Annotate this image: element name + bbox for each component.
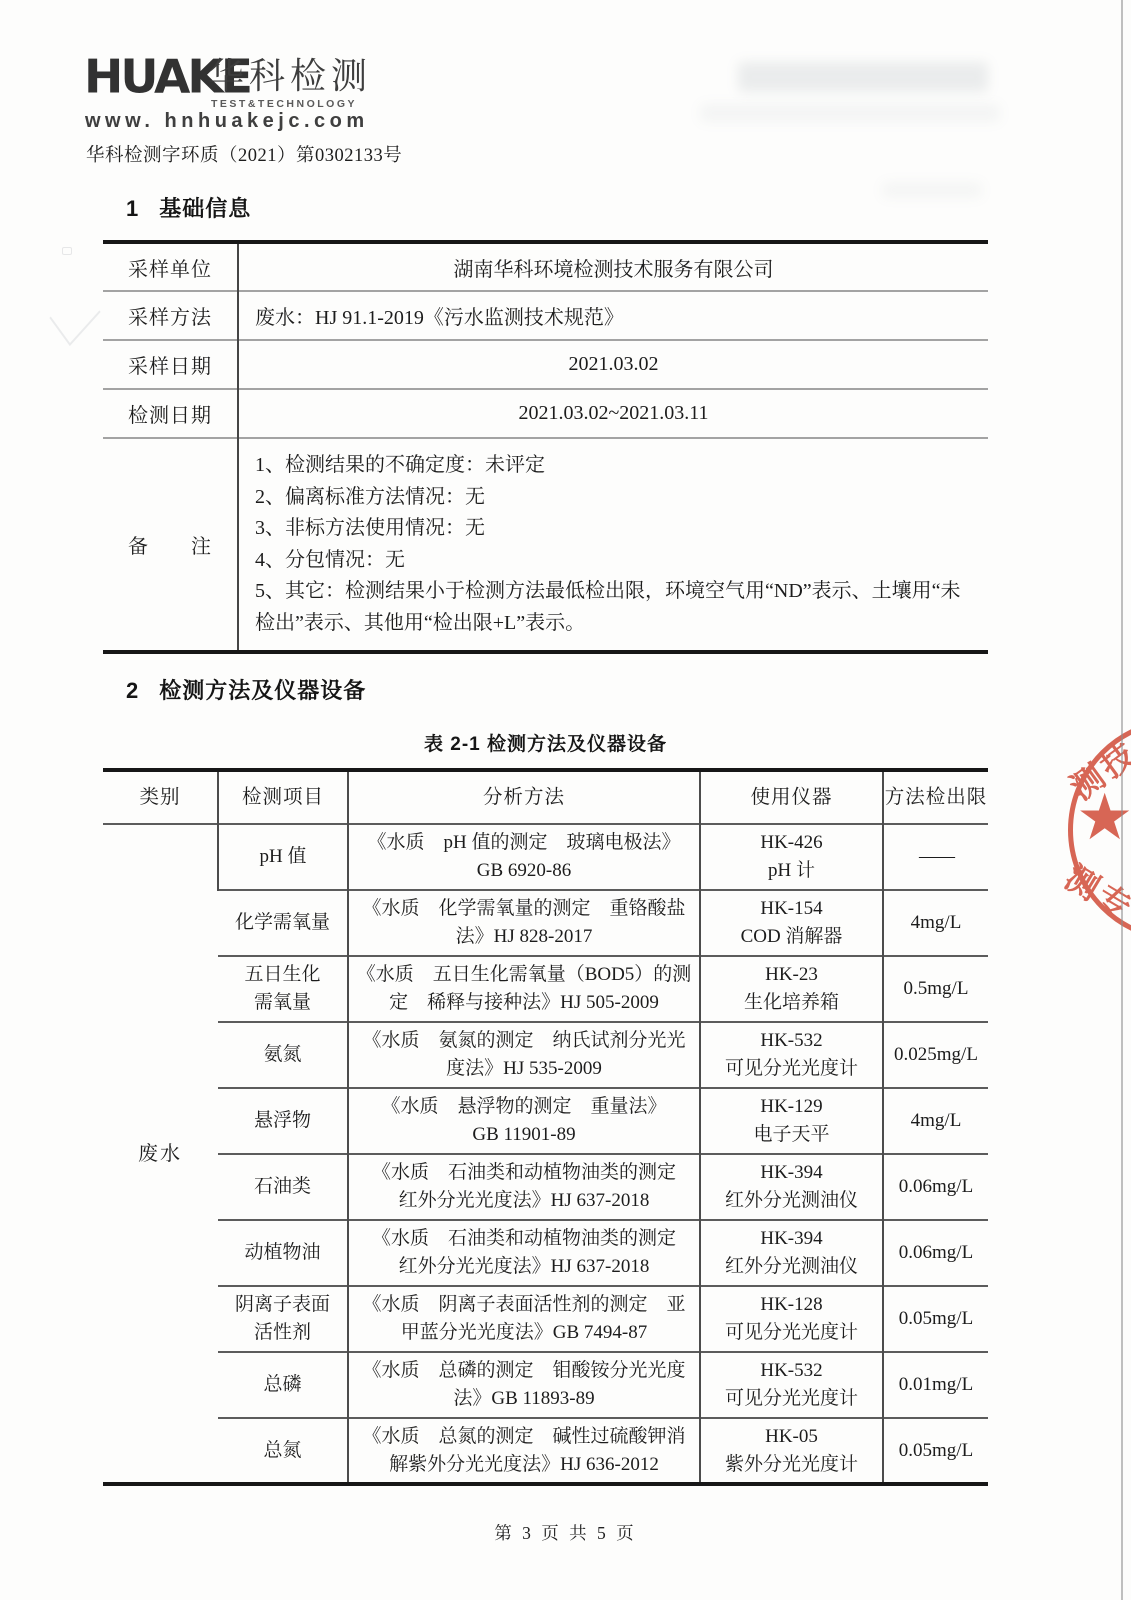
item-cell: 氨氮 (218, 1022, 348, 1088)
column-header: 类别 (103, 770, 218, 824)
table-row: 化学需氧量 《水质 化学需氧量的测定 重铬酸盐 法》HJ 828-2017 HK… (103, 890, 988, 956)
table-row: 采样方法 废水：HJ 91.1-2019《污水监测技术规范》 (103, 291, 988, 340)
limit-cell: 0.06mg/L (883, 1154, 988, 1220)
method-cell: 《水质 pH 值的测定 玻璃电极法》 GB 6920-86 (348, 824, 700, 890)
category-cell: 废水 (103, 824, 218, 1484)
row-label: 检测日期 (103, 389, 238, 438)
methods-table: 类别 检测项目 分析方法 使用仪器 方法检出限 废水 pH 值 《水质 pH 值… (103, 768, 988, 1486)
instrument-cell: HK-154 COD 消解器 (700, 890, 883, 956)
table-row: 氨氮 《水质 氨氮的测定 纳氏试剂分光光 度法》HJ 535-2009 HK-5… (103, 1022, 988, 1088)
table-row: 石油类 《水质 石油类和动植物油类的测定 红外分光光度法》HJ 637-2018… (103, 1154, 988, 1220)
instrument-cell: HK-532 可见分光光度计 (700, 1352, 883, 1418)
section2-number: 2 (126, 678, 138, 703)
table-row: 废水 pH 值 《水质 pH 值的测定 玻璃电极法》 GB 6920-86 HK… (103, 824, 988, 890)
method-cell: 《水质 悬浮物的测定 重量法》 GB 11901-89 (348, 1088, 700, 1154)
remarks-content: 1、检测结果的不确定度：未评定 2、偏离标准方法情况：无 3、非标方法使用情况：… (238, 438, 988, 652)
header-row: 类别 检测项目 分析方法 使用仪器 方法检出限 (103, 770, 988, 824)
item-cell: 五日生化 需氧量 (218, 956, 348, 1022)
row-value: 2021.03.02~2021.03.11 (238, 389, 988, 438)
remark-item: 3、非标方法使用情况：无 (255, 513, 974, 545)
remark-item: 1、检测结果的不确定度：未评定 (255, 450, 974, 482)
method-cell: 《水质 总氮的测定 碱性过硫酸钾消 解紫外分光光度法》HJ 636-2012 (348, 1418, 700, 1484)
limit-cell: —— (883, 824, 988, 890)
instrument-cell: HK-05 紫外分光光度计 (700, 1418, 883, 1484)
column-header: 方法检出限 (883, 770, 988, 824)
remark-item: 5、其它：检测结果小于检测方法最低检出限，环境空气用“ND”表示、土壤用“未检出… (255, 576, 974, 639)
instrument-cell: HK-394 红外分光测油仪 (700, 1154, 883, 1220)
company-website: www. hnhuakejc.com (85, 110, 369, 133)
item-cell: 总磷 (218, 1352, 348, 1418)
method-cell: 《水质 化学需氧量的测定 重铬酸盐 法》HJ 828-2017 (348, 890, 700, 956)
section2-heading: 2检测方法及仪器设备 (126, 674, 366, 705)
table-row: 五日生化 需氧量 《水质 五日生化需氧量（BOD5）的测 定 稀释与接种法》HJ… (103, 956, 988, 1022)
bleed-through-artifact (738, 62, 988, 92)
section1-number: 1 (126, 196, 138, 221)
item-cell: 动植物油 (218, 1220, 348, 1286)
logo-tagline: TEST&TECHNOLOGY (211, 98, 357, 110)
section1-heading: 1基础信息 (126, 192, 251, 223)
smudge-artifact (62, 247, 72, 255)
limit-cell: 0.01mg/L (883, 1352, 988, 1418)
report-page: HUAKE 华科检测 TEST&TECHNOLOGY www. hnhuakej… (0, 0, 1131, 1600)
table-row: 检测日期 2021.03.02~2021.03.11 (103, 389, 988, 438)
pen-mark-artifact (49, 284, 100, 346)
limit-cell: 4mg/L (883, 890, 988, 956)
item-cell: 悬浮物 (218, 1088, 348, 1154)
table-row: 动植物油 《水质 石油类和动植物油类的测定 红外分光光度法》HJ 637-201… (103, 1220, 988, 1286)
bleed-through-artifact (700, 104, 1000, 122)
instrument-cell: HK-23 生化培养箱 (700, 956, 883, 1022)
section2-title: 检测方法及仪器设备 (159, 678, 366, 703)
basic-info-table: 采样单位 湖南华科环境检测技术服务有限公司 采样方法 废水：HJ 91.1-20… (103, 240, 988, 654)
row-value: 2021.03.02 (238, 340, 988, 389)
remark-item: 2、偏离标准方法情况：无 (255, 482, 974, 514)
row-label: 采样日期 (103, 340, 238, 389)
item-cell: 石油类 (218, 1154, 348, 1220)
row-value: 废水：HJ 91.1-2019《污水监测技术规范》 (238, 291, 988, 340)
logo-chinese-name: 华科检测 (208, 56, 372, 96)
scan-edge-line (1121, 0, 1123, 1600)
limit-cell: 4mg/L (883, 1088, 988, 1154)
remarks-row: 备 注 1、检测结果的不确定度：未评定 2、偏离标准方法情况：无 3、非标方法使… (103, 438, 988, 652)
item-cell: 化学需氧量 (218, 890, 348, 956)
method-cell: 《水质 总磷的测定 钼酸铵分光光度 法》GB 11893-89 (348, 1352, 700, 1418)
table-row: 采样日期 2021.03.02 (103, 340, 988, 389)
page-number: 第 3 页 共 5 页 (0, 1520, 1131, 1545)
row-value: 湖南华科环境检测技术服务有限公司 (238, 242, 988, 291)
instrument-cell: HK-129 电子天平 (700, 1088, 883, 1154)
item-cell: 总氮 (218, 1418, 348, 1484)
column-header: 分析方法 (348, 770, 700, 824)
table2-caption: 表 2-1 检测方法及仪器设备 (103, 729, 988, 756)
remarks-label: 备 注 (103, 438, 238, 652)
limit-cell: 0.05mg/L (883, 1418, 988, 1484)
remark-item: 4、分包情况：无 (255, 545, 974, 577)
limit-cell: 0.05mg/L (883, 1286, 988, 1352)
instrument-cell: HK-128 可见分光光度计 (700, 1286, 883, 1352)
bleed-through-artifact (882, 182, 982, 198)
table-row: 悬浮物 《水质 悬浮物的测定 重量法》 GB 11901-89 HK-129 电… (103, 1088, 988, 1154)
section1-title: 基础信息 (159, 196, 251, 221)
method-cell: 《水质 氨氮的测定 纳氏试剂分光光 度法》HJ 535-2009 (348, 1022, 700, 1088)
column-header: 使用仪器 (700, 770, 883, 824)
instrument-cell: HK-532 可见分光光度计 (700, 1022, 883, 1088)
instrument-cell: HK-394 红外分光测油仪 (700, 1220, 883, 1286)
instrument-cell: HK-426 pH 计 (700, 824, 883, 890)
item-cell: pH 值 (218, 824, 348, 890)
table-row: 总氮 《水质 总氮的测定 碱性过硫酸钾消 解紫外分光光度法》HJ 636-201… (103, 1418, 988, 1484)
table-row: 采样单位 湖南华科环境检测技术服务有限公司 (103, 242, 988, 291)
limit-cell: 0.5mg/L (883, 956, 988, 1022)
row-label: 采样方法 (103, 291, 238, 340)
method-cell: 《水质 石油类和动植物油类的测定 红外分光光度法》HJ 637-2018 (348, 1220, 700, 1286)
method-cell: 《水质 阴离子表面活性剂的测定 亚 甲蓝分光光度法》GB 7494-87 (348, 1286, 700, 1352)
limit-cell: 0.025mg/L (883, 1022, 988, 1088)
document-number: 华科检测字环质（2021）第0302133号 (86, 141, 402, 167)
column-header: 检测项目 (218, 770, 348, 824)
company-seal-stamp: 测技 ★ 测专 (1040, 690, 1131, 980)
row-label: 采样单位 (103, 242, 238, 291)
table-row: 总磷 《水质 总磷的测定 钼酸铵分光光度 法》GB 11893-89 HK-53… (103, 1352, 988, 1418)
method-cell: 《水质 石油类和动植物油类的测定 红外分光光度法》HJ 637-2018 (348, 1154, 700, 1220)
method-cell: 《水质 五日生化需氧量（BOD5）的测 定 稀释与接种法》HJ 505-2009 (348, 956, 700, 1022)
limit-cell: 0.06mg/L (883, 1220, 988, 1286)
item-cell: 阴离子表面 活性剂 (218, 1286, 348, 1352)
table-row: 阴离子表面 活性剂 《水质 阴离子表面活性剂的测定 亚 甲蓝分光光度法》GB 7… (103, 1286, 988, 1352)
